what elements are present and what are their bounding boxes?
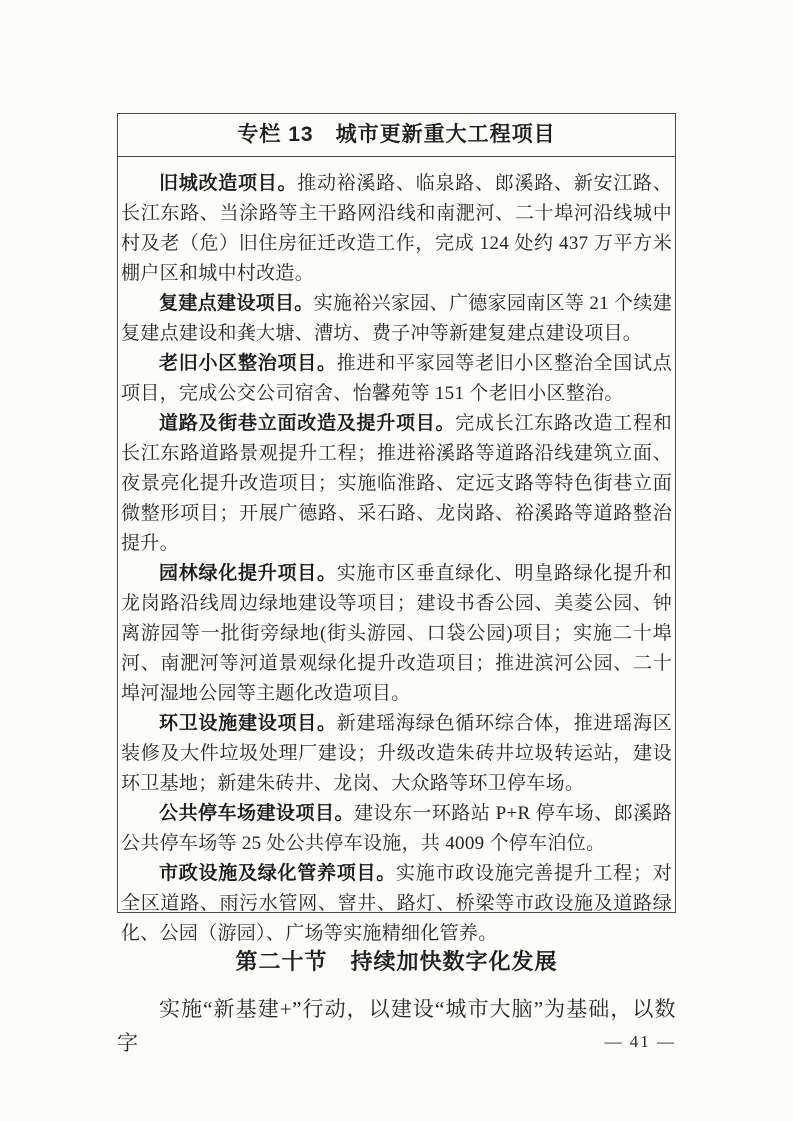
paragraph-lead: 园林绿化提升项目。	[159, 563, 337, 584]
paragraph-lead: 环卫设施建设项目。	[159, 713, 337, 734]
paragraph-parking: 公共停车场建设项目。建设东一环路站 P+R 停车场、郎溪路公共停车场等 25 处…	[121, 799, 672, 859]
paragraph-landscaping: 园林绿化提升项目。实施市区垂直绿化、明皇路绿化提升和龙岗路沿线周边绿地建设等项目…	[121, 559, 672, 709]
paragraph-sanitation: 环卫设施建设项目。新建瑶海绿色循环综合体，推进瑶海区装修及大件垃圾处理厂建设；升…	[121, 709, 672, 799]
document-page: 专栏 13 城市更新重大工程项目 旧城改造项目。推动裕溪路、临泉路、郎溪路、新安…	[0, 0, 793, 1121]
paragraph-lead: 公共停车场建设项目。	[159, 803, 354, 824]
box-body: 旧城改造项目。推动裕溪路、临泉路、郎溪路、新安江路、长江东路、当涂路等主干路网沿…	[118, 157, 675, 949]
paragraph-text: 完成长江东路改造工程和长江东路道路景观提升工程；推进裕溪路等道路沿线建筑立面、夜…	[121, 413, 672, 554]
paragraph-lead: 复建点建设项目。	[159, 293, 314, 314]
paragraph-old-communities: 老旧小区整治项目。推进和平家园等老旧小区整治全国试点项目，完成公交公司宿舍、怡馨…	[121, 349, 672, 409]
section-paragraph: 实施“新基建+”行动，以建设“城市大脑”为基础，以数字	[117, 992, 676, 1060]
paragraph-lead: 旧城改造项目。	[159, 173, 297, 194]
paragraph-lead: 市政设施及绿化管养项目。	[159, 863, 396, 884]
paragraph-old-city: 旧城改造项目。推动裕溪路、临泉路、郎溪路、新安江路、长江东路、当涂路等主干路网沿…	[121, 169, 672, 289]
paragraph-road-facade: 道路及街巷立面改造及提升项目。完成长江东路改造工程和长江东路道路景观提升工程；推…	[121, 409, 672, 559]
section-heading: 第二十节 持续加快数字化发展	[117, 945, 676, 976]
paragraph-lead: 老旧小区整治项目。	[159, 353, 337, 374]
paragraph-text: 实施市区垂直绿化、明皇路绿化提升和龙岗路沿线周边绿地建设等项目；建设书香公园、美…	[121, 563, 672, 704]
paragraph-rebuild-sites: 复建点建设项目。实施裕兴家园、广德家园南区等 21 个续建复建点建设和龚大塘、漕…	[121, 289, 672, 349]
paragraph-municipal-maintenance: 市政设施及绿化管养项目。实施市政设施完善提升工程；对全区道路、雨污水管网、窨井、…	[121, 859, 672, 949]
box-title: 专栏 13 城市更新重大工程项目	[118, 114, 675, 157]
page-number: — 41 —	[605, 1032, 677, 1052]
project-box: 专栏 13 城市更新重大工程项目 旧城改造项目。推动裕溪路、临泉路、郎溪路、新安…	[117, 113, 676, 913]
paragraph-lead: 道路及街巷立面改造及提升项目。	[159, 413, 455, 434]
